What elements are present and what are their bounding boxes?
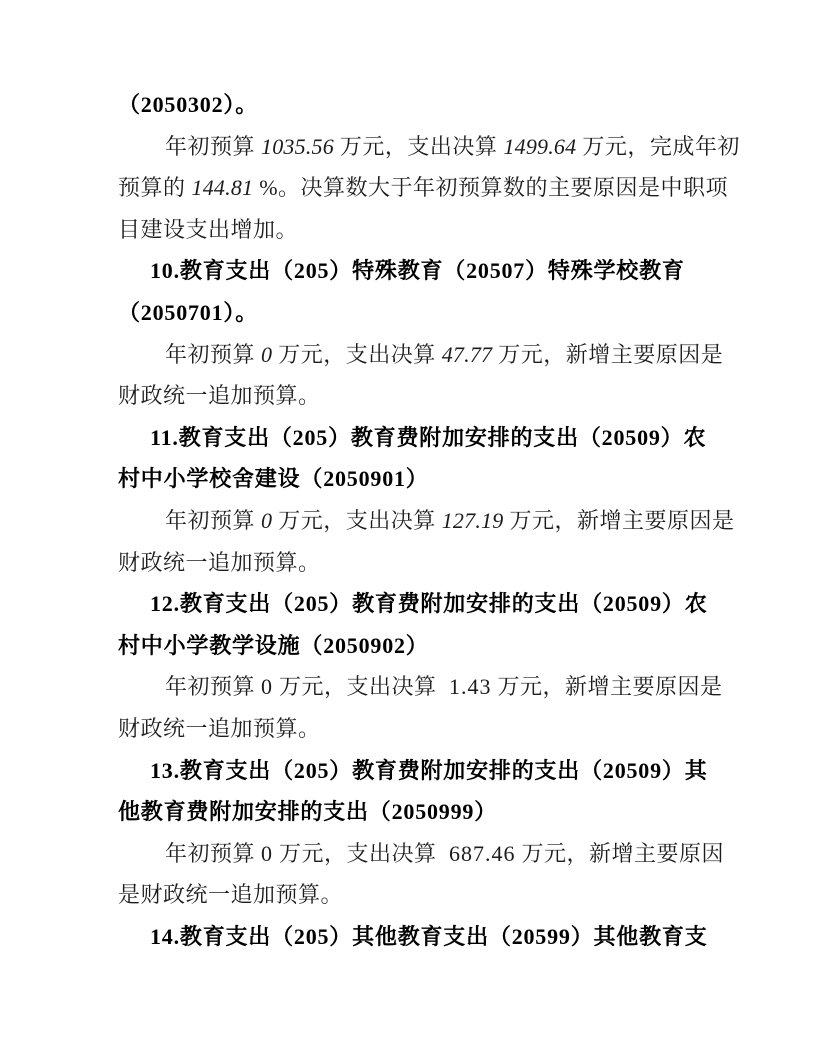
text-segment: 年初预算 bbox=[165, 841, 261, 866]
numeric-value: 144.81 bbox=[192, 175, 254, 200]
text-segment: 万元，新增主要原因 bbox=[516, 841, 725, 866]
text-line: 12.教育支出（205）教育费附加安排的支出（20509）农 bbox=[118, 583, 738, 625]
text-line: 财政统一追加预算。 bbox=[118, 542, 738, 584]
text-segment: 14.教育支出（205）其他教育支出（20599）其他教育支 bbox=[150, 924, 708, 949]
numeric-value: 1035.56 bbox=[261, 134, 334, 159]
text-segment: 万元，支出决算 bbox=[273, 841, 443, 866]
text-segment: 10.教育支出（205）特殊教育（20507）特殊学校教育 bbox=[150, 258, 685, 283]
text-line: 年初预算 0 万元，支出决算 47.77 万元，新增主要原因是 bbox=[118, 334, 738, 376]
text-line: 村中小学校舍建设（2050901） bbox=[118, 458, 738, 500]
text-line: 13.教育支出（205）教育费附加安排的支出（20509）其 bbox=[118, 750, 738, 792]
text-segment: 12.教育支出（205）教育费附加安排的支出（20509）农 bbox=[150, 591, 708, 616]
text-segment: 13.教育支出（205）教育费附加安排的支出（20509）其 bbox=[150, 758, 708, 783]
text-segment: 万元，新增主要原因是 bbox=[492, 342, 723, 367]
text-line: 年初预算 0 万元，支出决算 1.43 万元，新增主要原因是 bbox=[118, 666, 738, 708]
text-line: 年初预算 1035.56 万元，支出决算 1499.64 万元，完成年初 bbox=[118, 126, 738, 168]
text-segment: 财政统一追加预算。 bbox=[118, 716, 321, 741]
numeric-value: 0 bbox=[261, 342, 272, 367]
text-segment: （2050701）。 bbox=[118, 300, 258, 325]
text-segment: 是财政统一追加预算。 bbox=[118, 882, 343, 907]
text-segment: 万元，新增主要原因是 bbox=[503, 508, 734, 533]
numeric-value: 0 bbox=[261, 508, 272, 533]
text-line: 11.教育支出（205）教育费附加安排的支出（20509）农 bbox=[118, 417, 738, 459]
numeric-value: 127.19 bbox=[442, 508, 504, 533]
text-segment: 他教育费附加安排的支出（2050999） bbox=[118, 799, 497, 824]
text-segment: 年初预算 bbox=[165, 674, 261, 699]
text-segment: 年初预算 bbox=[165, 134, 261, 159]
document-page: （2050302）。 年初预算 1035.56 万元，支出决算 1499.64 … bbox=[0, 0, 816, 1056]
text-line: 年初预算 0 万元，支出决算 127.19 万元，新增主要原因是 bbox=[118, 500, 738, 542]
text-segment: 预算的 bbox=[118, 175, 192, 200]
text-segment: 万元，支出决算 bbox=[273, 674, 443, 699]
text-segment: 财政统一追加预算。 bbox=[118, 550, 321, 575]
text-segment: 万元，支出决算 bbox=[272, 342, 442, 367]
numeric-value: 0 bbox=[261, 674, 273, 699]
text-line: 10.教育支出（205）特殊教育（20507）特殊学校教育 bbox=[118, 250, 738, 292]
text-line: 预算的 144.81 %。决算数大于年初预算数的主要原因是中职项 bbox=[118, 167, 738, 209]
text-line: 是财政统一追加预算。 bbox=[118, 874, 738, 916]
text-segment: %。决算数大于年初预算数的主要原因是中职项 bbox=[253, 175, 728, 200]
text-segment: 年初预算 bbox=[165, 508, 261, 533]
text-segment: （2050302）。 bbox=[118, 92, 258, 117]
document-text-block: （2050302）。 年初预算 1035.56 万元，支出决算 1499.64 … bbox=[118, 84, 738, 957]
text-segment: 村中小学校舍建设（2050901） bbox=[118, 466, 429, 491]
numeric-value: 47.77 bbox=[442, 342, 493, 367]
text-segment: 村中小学教学设施（2050902） bbox=[118, 633, 429, 658]
text-segment: 万元，支出决算 bbox=[272, 508, 442, 533]
numeric-value: 1.43 bbox=[443, 674, 492, 699]
text-line: 财政统一追加预算。 bbox=[118, 375, 738, 417]
text-line: 14.教育支出（205）其他教育支出（20599）其他教育支 bbox=[118, 916, 738, 958]
text-segment: 财政统一追加预算。 bbox=[118, 383, 321, 408]
text-line: 村中小学教学设施（2050902） bbox=[118, 625, 738, 667]
numeric-value: 1499.64 bbox=[503, 134, 576, 159]
text-line: 财政统一追加预算。 bbox=[118, 708, 738, 750]
text-segment: 万元，完成年初 bbox=[576, 134, 740, 159]
text-segment: 目建设支出增加。 bbox=[118, 217, 298, 242]
text-segment: 年初预算 bbox=[165, 342, 261, 367]
text-line: （2050302）。 bbox=[118, 84, 738, 126]
text-line: 他教育费附加安排的支出（2050999） bbox=[118, 791, 738, 833]
numeric-value: 687.46 bbox=[443, 841, 516, 866]
numeric-value: 0 bbox=[261, 841, 273, 866]
text-line: 年初预算 0 万元，支出决算 687.46 万元，新增主要原因 bbox=[118, 833, 738, 875]
text-line: （2050701）。 bbox=[118, 292, 738, 334]
text-segment: 万元，新增主要原因是 bbox=[492, 674, 723, 699]
text-segment: 11.教育支出（205）教育费附加安排的支出（20509）农 bbox=[150, 425, 706, 450]
text-line: 目建设支出增加。 bbox=[118, 209, 738, 251]
text-segment: 万元，支出决算 bbox=[334, 134, 504, 159]
